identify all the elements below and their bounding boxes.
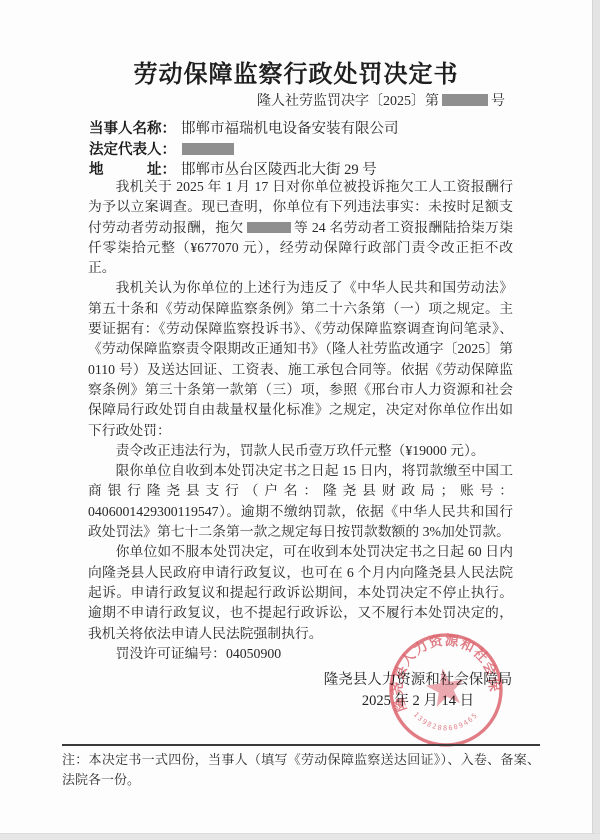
party-name-value: 邯郸市福瑞机电设备安装有限公司 [181,121,399,137]
redaction-bar-doc-number [442,94,488,106]
document-title: 劳动保障监察行政处罚决定书 [0,54,592,89]
seal-code: 1398288609465 [411,701,481,738]
document-number-suffix: 号 [491,94,505,109]
document-number: 隆人社劳监罚决字〔2025〕第号 [0,90,505,110]
redaction-bar-legal-rep [182,143,234,155]
redaction-bar-worker-name [247,222,291,233]
document-number-prefix: 隆人社劳监罚决字〔2025〕第 [257,94,439,109]
paragraph-facts: 我机关于 2025 年 1 月 17 日对你单位被投诉拖欠工人工资报酬行为予以立… [88,177,513,278]
party-name-label: 当事人名称： [89,121,176,137]
scan-edge-bottom [0,833,600,840]
footnote: 注：本决定书一式四份，当事人（填写《劳动保障监察送达回证》）、入卷、备案、法院各… [62,744,540,790]
address-value: 邯郸市丛台区陵西北大街 29 号 [181,162,377,178]
scanned-penalty-decision-document: 劳动保障监察行政处罚决定书 隆人社劳监罚决字〔2025〕第号 当事人名称：邯郸市… [0,0,600,840]
document-body: 我机关于 2025 年 1 月 17 日对你单位被投诉拖欠工人工资报酬行为予以立… [88,177,513,664]
paragraph-payment: 限你单位自收到本处罚决定书之日起 15 日内，将罚款缴至中国工商银行隆尧县支行（… [88,461,513,542]
star-icon [424,665,468,708]
address-label: 地 址： [89,162,176,178]
party-info-block: 当事人名称：邯郸市福瑞机电设备安装有限公司 法定代表人： 地 址：邯郸市丛台区陵… [89,119,519,181]
legal-rep-label: 法定代表人： [89,142,176,158]
scan-edge-right [592,0,600,840]
paragraph-penalty: 责令改正违法行为，罚款人民币壹万玖仟元整（¥19000 元）。 [88,441,513,461]
party-name-line: 当事人名称：邯郸市福瑞机电设备安装有限公司 [89,119,519,140]
legal-rep-line: 法定代表人： [89,140,519,161]
paragraph-legal-basis: 我机关认为你单位的上述行为违反了《中华人民共和国劳动法》第五十条和《劳动保障监察… [88,278,513,440]
